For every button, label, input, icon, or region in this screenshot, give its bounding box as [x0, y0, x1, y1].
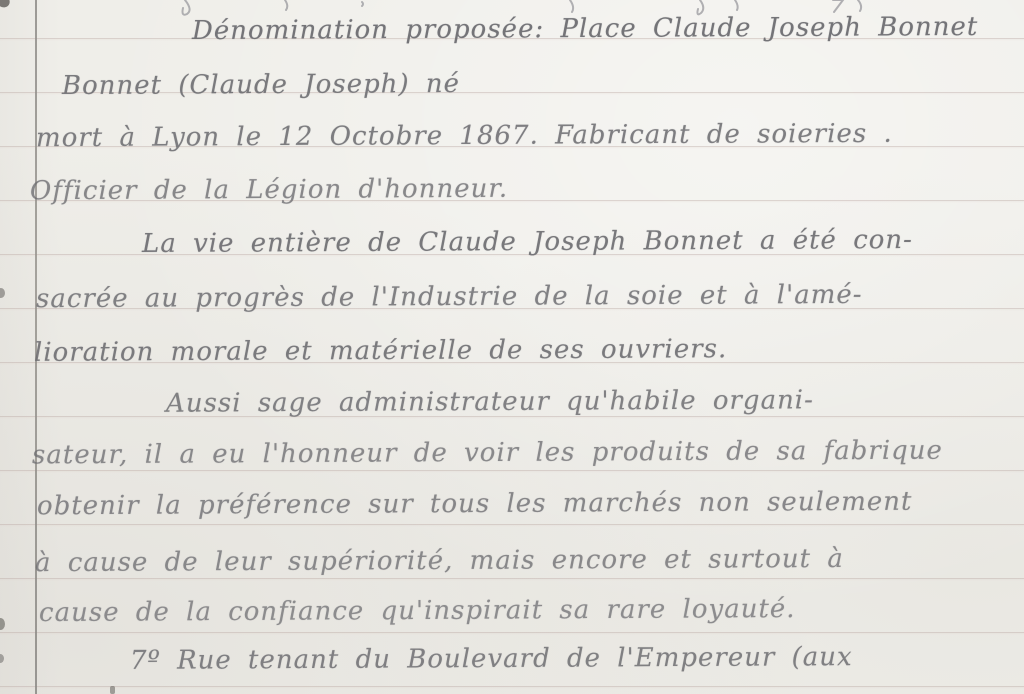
- scan-artifact: [0, 0, 12, 10]
- handwritten-line: sateur, il a eu l'honneur de voir les pr…: [32, 436, 943, 471]
- handwritten-line: Bonnet (Claude Joseph) né: [62, 69, 460, 101]
- handwritten-line: Dénomination proposée: Place Claude Jose…: [192, 12, 978, 46]
- manuscript-page: Dénomination proposée: Place Claude Jose…: [0, 0, 1024, 694]
- rule-line: [0, 578, 1024, 579]
- handwritten-line: La vie entière de Claude Joseph Bonnet a…: [142, 225, 913, 259]
- handwritten-line: à cause de leur supériorité, mais encore…: [35, 544, 844, 578]
- handwritten-line: 7º Rue tenant du Boulevard de l'Empereur…: [130, 642, 853, 676]
- scan-artifact: [0, 288, 5, 298]
- handwritten-line: cause de la confiance qu'inspirait sa ra…: [39, 594, 796, 628]
- handwritten-line: lioration morale et matérielle de ses ou…: [34, 334, 727, 368]
- handwritten-line: obtenir la préférence sur tous les march…: [37, 487, 913, 522]
- handwritten-line: Aussi sage administrateur qu'habile orga…: [166, 385, 814, 418]
- handwritten-line: Officier de la Légion d'honneur.: [30, 174, 508, 207]
- handwritten-line: sacrée au progrès de l'Industrie de la s…: [36, 280, 863, 314]
- rule-line: [0, 632, 1024, 633]
- handwritten-line: mort à Lyon le 12 Octobre 1867. Fabrican…: [36, 119, 893, 153]
- scan-artifact: [0, 618, 5, 630]
- rule-line: [0, 524, 1024, 525]
- rule-line: [0, 470, 1024, 471]
- scan-artifact: [0, 654, 4, 663]
- rule-line: [0, 686, 1024, 687]
- scan-artifact: [110, 686, 115, 694]
